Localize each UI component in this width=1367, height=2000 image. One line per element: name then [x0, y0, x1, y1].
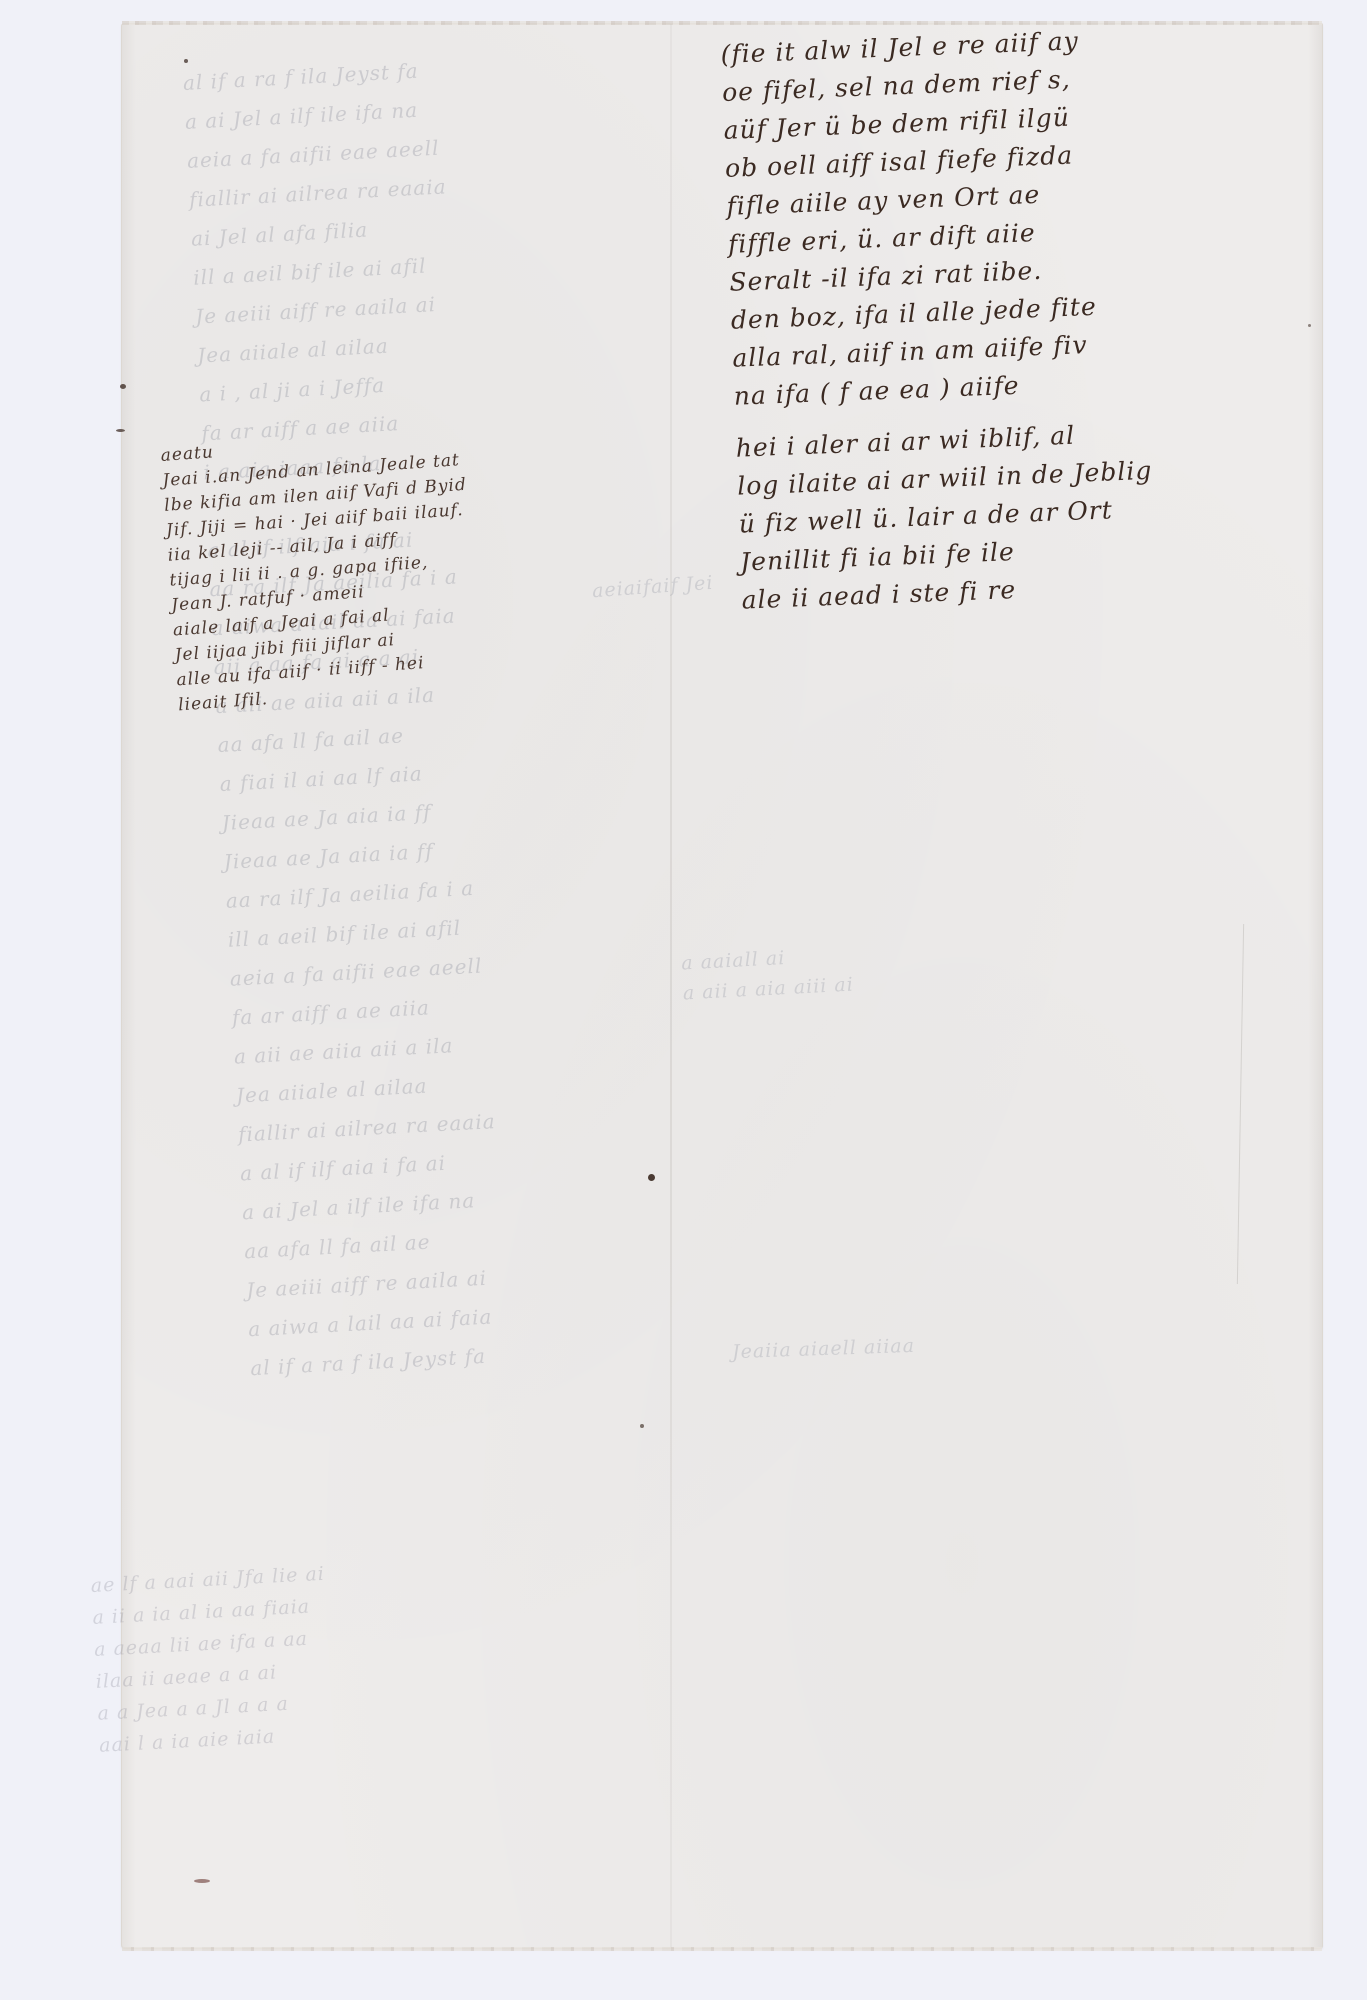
ink-spot: [116, 429, 125, 432]
bleed-through-bottom-left: ae lf a aai aii Jfa lie ai a ii a ia al …: [90, 1558, 334, 1762]
ink-spot: [640, 1424, 644, 1428]
scan-background: al if a ra f ila Jeyst fa a ai Jel a ilf…: [0, 0, 1367, 2000]
marginal-note-text: aeatu Jeai i.an Jend an leina Jeale tat …: [160, 414, 608, 718]
bleed-line: Jeaiia aiaell aiiaa: [732, 1331, 916, 1367]
main-handwritten-text: (fie it alw il Jel e re aiif ay oe fifel…: [720, 12, 1362, 619]
ink-spot: [648, 1174, 655, 1181]
ink-spot: [1308, 324, 1311, 327]
ink-spot: [120, 384, 126, 389]
bleed-through-right-2: a aaiall ai a aii a aia aiii ai: [681, 940, 855, 1009]
ink-spot: [194, 1879, 210, 1883]
bleed-through-right-3: Jeaiia aiaell aiiaa: [732, 1331, 916, 1367]
ink-spot: [184, 59, 188, 63]
faint-ruled-line: [1237, 924, 1244, 1284]
bleed-through-left-column: al if a ra f ila Jeyst fa a ai Jel a ilf…: [182, 39, 721, 1388]
